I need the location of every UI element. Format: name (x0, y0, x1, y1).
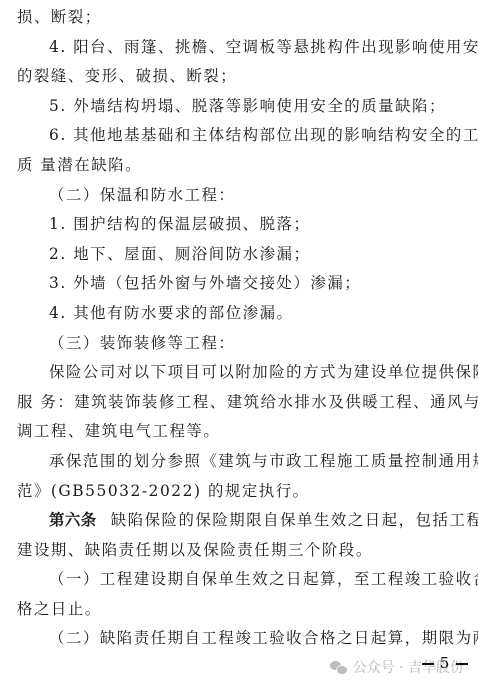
text-line: 的裂缝、变形、破损、断裂； (17, 62, 465, 92)
text-line: 格之日止。 (17, 595, 465, 625)
text-line: 服 务：建筑装饰装修工程、建筑给水排水及供暖工程、通风与空 (17, 388, 465, 418)
text-line: 6. 其他地基基础和主体结构部位出现的影响结构安全的工程 (17, 121, 465, 151)
text-line: （一）工程建设期自保单生效之日起算，至工程竣工验收合 (17, 565, 465, 595)
document-page: 损、断裂； 4. 阳台、雨篷、挑檐、空调板等悬挑构件出现影响使用安全 的裂缝、变… (17, 3, 465, 654)
page-number: 5 (422, 654, 468, 672)
text-line: 保险公司对以下项目可以附加险的方式为建设单位提供保险 (17, 358, 465, 388)
dash-right (456, 663, 468, 665)
section-heading: （三）装饰装修等工程： (17, 329, 465, 359)
text-line: 4. 其他有防水要求的部位渗漏。 (17, 299, 465, 329)
article-line: 第六条缺陷保险的保险期限自保单生效之日起，包括工程 (17, 506, 465, 536)
text-line: 4. 阳台、雨篷、挑檐、空调板等悬挑构件出现影响使用安全 (17, 33, 465, 63)
text-line: 质 量潜在缺陷。 (17, 151, 465, 181)
wechat-icon (330, 660, 347, 674)
text-line: 损、断裂； (17, 3, 465, 33)
article-heading: 第六条 (49, 511, 97, 529)
dash-left (422, 663, 434, 665)
page-number-value: 5 (440, 654, 451, 672)
text-line: 调工程、建筑电气工程等。 (17, 417, 465, 447)
text-line: 2. 地下、屋面、厕浴间防水渗漏； (17, 240, 465, 270)
text-line: 承保范围的划分参照《建筑与市政工程施工质量控制通用规 (17, 447, 465, 477)
text-line: 5. 外墙结构坍塌、脱落等影响使用安全的质量缺陷； (17, 92, 465, 122)
text-line: （二）缺陷责任期自工程竣工验收合格之日起算，期限为两 (17, 624, 465, 654)
text-line: 3. 外墙（包括外窗与外墙交接处）渗漏； (17, 269, 465, 299)
section-heading: （二）保温和防水工程： (17, 181, 465, 211)
article-text: 缺陷保险的保险期限自保单生效之日起，包括工程 (111, 511, 478, 529)
text-line: 范》(GB55032-2022) 的规定执行。 (17, 477, 465, 507)
text-line: 1. 围护结构的保温层破损、脱落； (17, 210, 465, 240)
text-line: 建设期、缺陷责任期以及保险责任期三个阶段。 (17, 536, 465, 566)
